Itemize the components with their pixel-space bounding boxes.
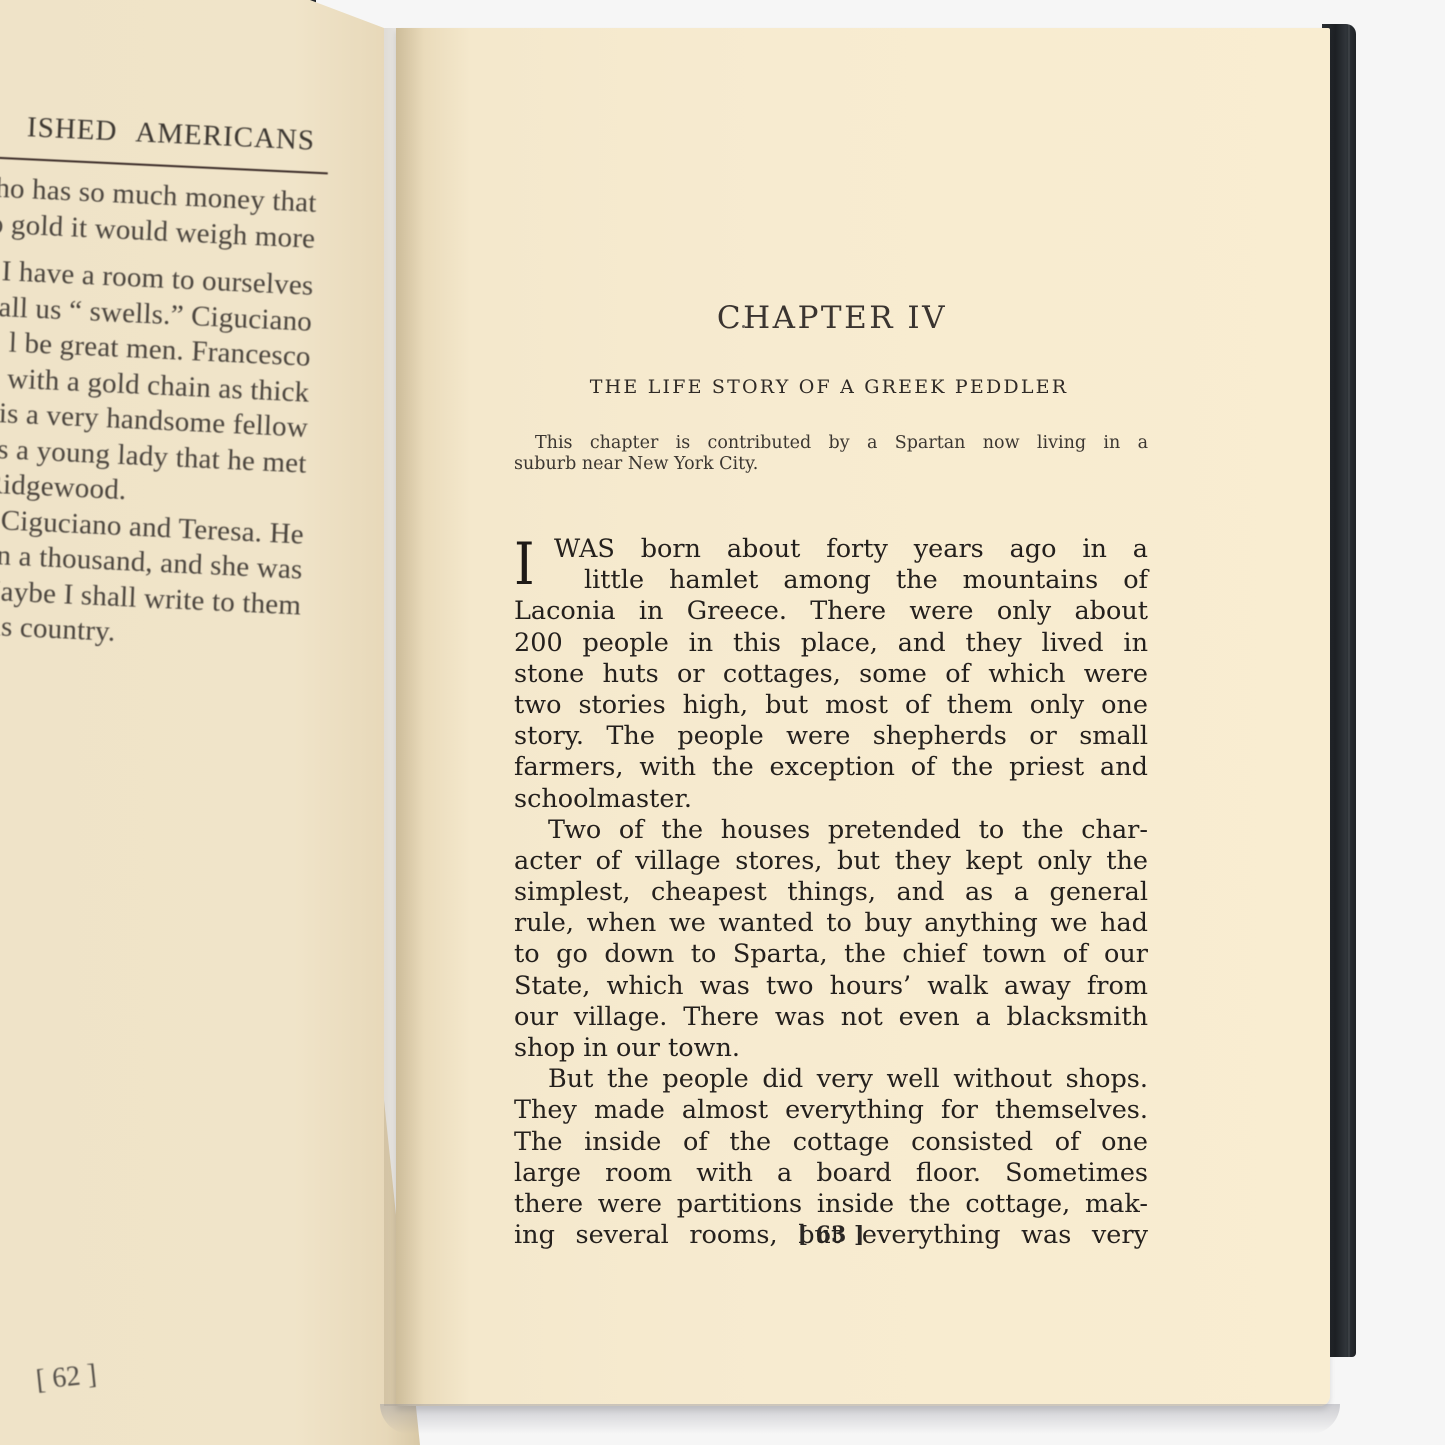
page-bottom-shadow bbox=[380, 1404, 1340, 1434]
body-line: our village. There was not even a blacks… bbox=[514, 1002, 1148, 1033]
body-line: two stories high, but most of them only … bbox=[514, 690, 1148, 721]
intro-line: This chapter is contributed by a Spartan… bbox=[514, 433, 1148, 454]
body-line: acter of village stores, but they kept o… bbox=[514, 846, 1148, 877]
body-line: shop in our town. bbox=[514, 1033, 1148, 1064]
left-page-number: [ 62 ] bbox=[34, 1359, 98, 1397]
body-line: WAS born about forty years ago in a bbox=[514, 534, 1148, 565]
body-line: But the people did very well without sho… bbox=[514, 1064, 1148, 1095]
body-line: rule, when we wanted to buy anything we … bbox=[514, 908, 1148, 939]
body-line: stone huts or cottages, some of which we… bbox=[514, 659, 1148, 690]
body-line: schoolmaster. bbox=[514, 784, 1148, 815]
running-head-rule bbox=[0, 155, 328, 174]
body-line: large room with a board floor. Sometimes bbox=[514, 1158, 1148, 1189]
body-line: simplest, cheapest things, and as a gene… bbox=[514, 877, 1148, 908]
body-line: there were partitions inside the cottage… bbox=[514, 1189, 1148, 1220]
intro-line: suburb near New York City. bbox=[514, 454, 1148, 475]
body-line: 200 people in this place, and they lived… bbox=[514, 628, 1148, 659]
left-page-content: ISHEDAMERICANS ho has so much money that… bbox=[0, 108, 320, 659]
drop-cap: I bbox=[514, 538, 535, 590]
body-line: The inside of the cottage consisted of o… bbox=[514, 1127, 1148, 1158]
chapter-subtitle: THE LIFE STORY OF A GREEK PEDDLER bbox=[564, 376, 1094, 398]
left-page: ISHEDAMERICANS ho has so much money that… bbox=[0, 0, 420, 1445]
body-line: to go down to Sparta, the chief town of … bbox=[514, 939, 1148, 970]
chapter-ornament-dot bbox=[742, 325, 745, 328]
body-line: Laconia in Greece. There were only about bbox=[514, 596, 1148, 627]
body-line: story. The people were shepherds or smal… bbox=[514, 721, 1148, 752]
chapter-intro-note: This chapter is contributed by a Spartan… bbox=[514, 433, 1148, 475]
body-line: They made almost everything for themselv… bbox=[514, 1095, 1148, 1126]
body-line: little hamlet among the mountains of bbox=[514, 565, 1148, 596]
running-head-word-1: ISHED bbox=[26, 111, 118, 147]
running-head-word-2: AMERICANS bbox=[135, 116, 316, 156]
chapter-title: CHAPTER IV bbox=[432, 300, 1232, 336]
body-line: State, which was two hours’ walk away fr… bbox=[514, 971, 1148, 1002]
body-line: farmers, with the exception of the pries… bbox=[514, 752, 1148, 783]
right-page-number: [ 63 ] bbox=[514, 1222, 1148, 1248]
right-page: CHAPTER IV THE LIFE STORY OF A GREEK PED… bbox=[396, 28, 1330, 1406]
body-line: Two of the houses pretended to the char- bbox=[514, 815, 1148, 846]
chapter-body: I WAS born about forty years ago in a li… bbox=[514, 534, 1148, 1251]
running-head: ISHEDAMERICANS bbox=[0, 108, 320, 158]
